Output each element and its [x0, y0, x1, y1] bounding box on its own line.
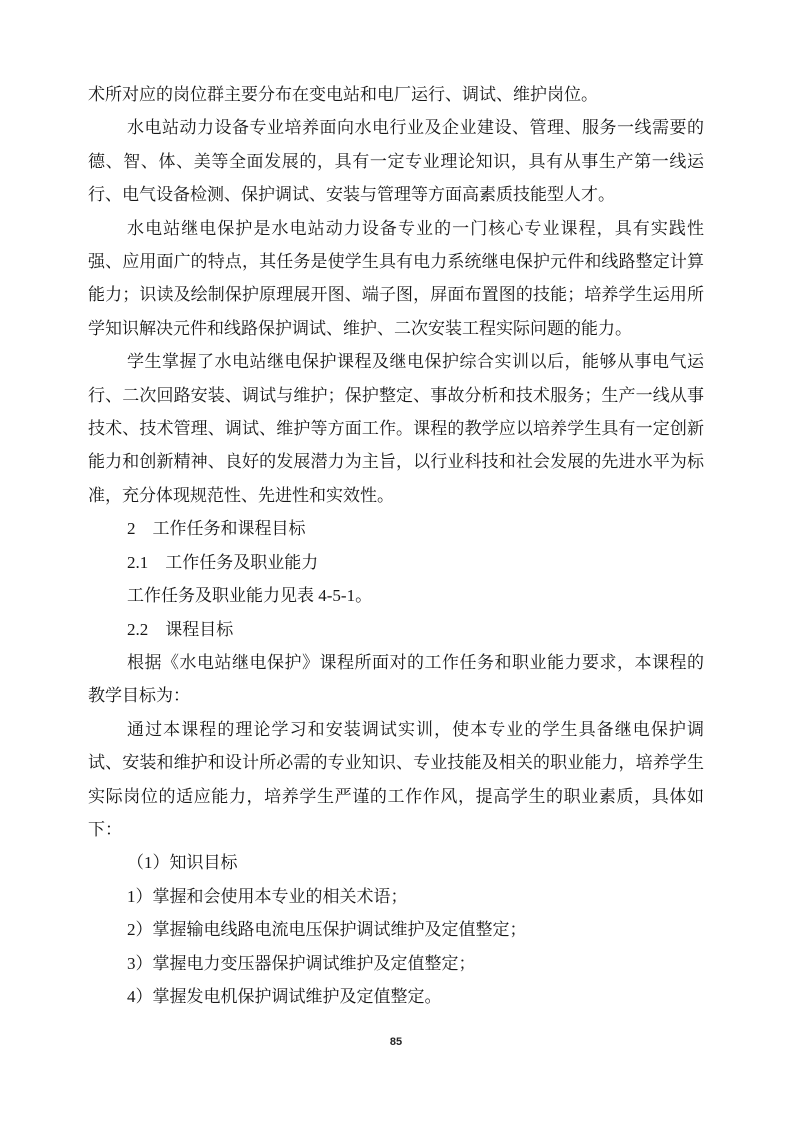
paragraph: 学生掌握了水电站继电保护课程及继电保护综合实训以后，能够从事电气运行、二次回路安…	[88, 345, 704, 512]
list-item: 4）掌握发电机保护调试维护及定值整定。	[88, 980, 704, 1013]
list-item: 1）掌握和会使用本专业的相关术语；	[88, 880, 704, 913]
section-heading: 2.2 课程目标	[88, 613, 704, 646]
paragraph: 通过本课程的理论学习和安装调试实训，使本专业的学生具备继电保护调试、安装和维护和…	[88, 713, 704, 847]
section-heading: 2.1 工作任务及职业能力	[88, 546, 704, 579]
paragraph: 水电站继电保护是水电站动力设备专业的一门核心专业课程，具有实践性强、应用面广的特…	[88, 212, 704, 346]
paragraph: 根据《水电站继电保护》课程所面对的工作任务和职业能力要求，本课程的教学目标为：	[88, 646, 704, 713]
paragraph: （1）知识目标	[88, 846, 704, 879]
paragraph: 工作任务及职业能力见表 4-5-1。	[88, 579, 704, 612]
page-number: 85	[0, 1036, 792, 1048]
paragraph-continuation: 术所对应的岗位群主要分布在变电站和电厂运行、调试、维护岗位。	[88, 78, 704, 111]
list-item: 3）掌握电力变压器保护调试维护及定值整定；	[88, 947, 704, 980]
list-item: 2）掌握输电线路电流电压保护调试维护及定值整定；	[88, 913, 704, 946]
document-page: 术所对应的岗位群主要分布在变电站和电厂运行、调试、维护岗位。水电站动力设备专业培…	[0, 0, 792, 1122]
paragraph: 水电站动力设备专业培养面向水电行业及企业建设、管理、服务一线需要的德、智、体、美…	[88, 111, 704, 211]
section-heading: 2 工作任务和课程目标	[88, 512, 704, 545]
document-content: 术所对应的岗位群主要分布在变电站和电厂运行、调试、维护岗位。水电站动力设备专业培…	[88, 78, 704, 1013]
